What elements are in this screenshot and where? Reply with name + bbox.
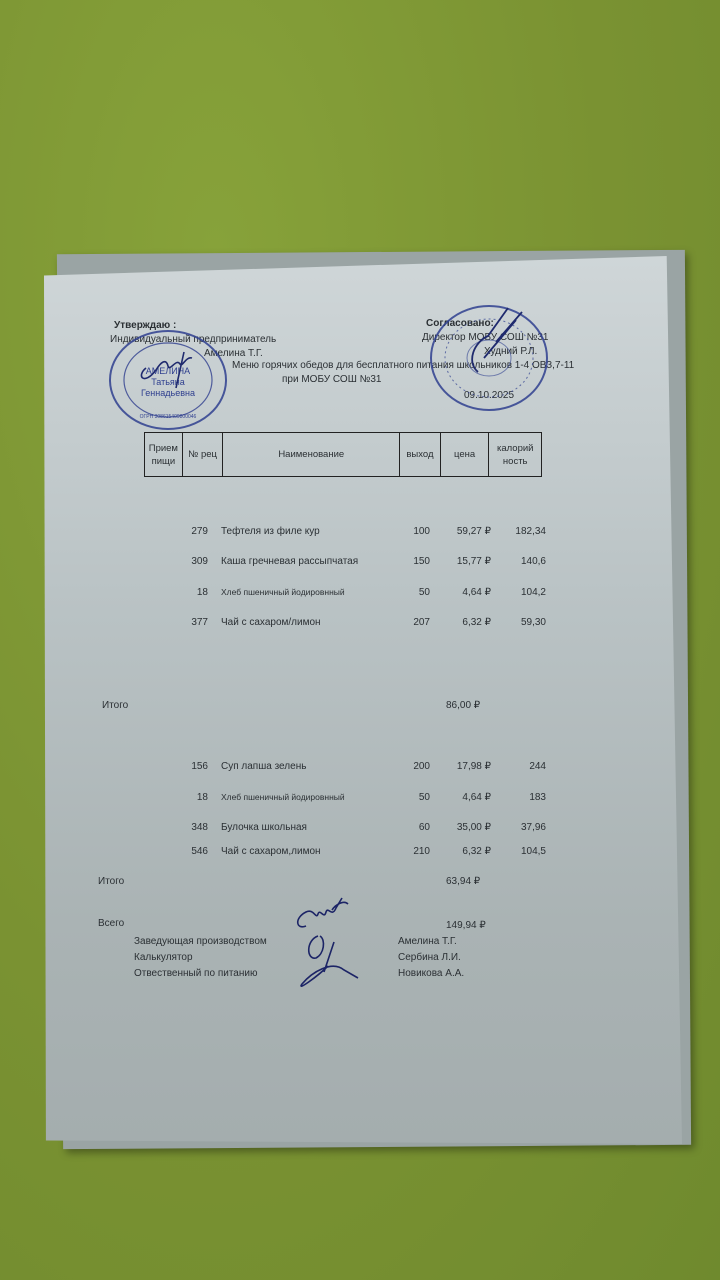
dish-output: 50 xyxy=(400,587,430,598)
signature-name: Сербина Л.И. xyxy=(398,952,461,963)
recipe-number: 279 xyxy=(184,526,208,537)
signature-name: Амелина Т.Г. xyxy=(398,936,457,947)
signature-role: Заведующая производством xyxy=(134,936,267,947)
signature-role: Отвественный по питанию xyxy=(134,968,257,979)
section-1-total-value: 86,00 ₽ xyxy=(446,700,480,711)
dish-calories: 140,6 xyxy=(496,556,546,567)
column-header-calories: калорийность xyxy=(489,433,541,476)
dish-calories: 104,2 xyxy=(496,587,546,598)
dish-output: 207 xyxy=(400,617,430,628)
menu-document: Утверждаю : Индивидуальный предпринимате… xyxy=(44,256,682,1144)
dish-price: 4,64 ₽ xyxy=(441,792,491,803)
menu-row: 546Чай с сахаром,лимон2106,32 ₽104,5 xyxy=(44,846,682,862)
dish-output: 200 xyxy=(400,761,430,772)
dish-price: 6,32 ₽ xyxy=(441,617,491,628)
dish-price: 6,32 ₽ xyxy=(441,846,491,857)
column-header-meal: Приемпищи xyxy=(145,433,183,476)
dish-calories: 59,30 xyxy=(496,617,546,628)
dish-price: 15,77 ₽ xyxy=(441,556,491,567)
dish-name: Булочка школьная xyxy=(221,822,307,833)
dish-name: Хлеб пшеничный йодировнный xyxy=(221,792,345,802)
grand-total-label: Всего xyxy=(98,918,124,929)
recipe-number: 348 xyxy=(184,822,208,833)
column-header-recipe: № рец xyxy=(183,433,224,476)
section-2-total-value: 63,94 ₽ xyxy=(446,876,480,887)
dish-price: 4,64 ₽ xyxy=(441,587,491,598)
stamp-name-line2: Татьяна xyxy=(151,377,185,387)
production-signature xyxy=(288,896,378,996)
recipe-number: 377 xyxy=(184,617,208,628)
dish-output: 150 xyxy=(400,556,430,567)
approval-stamp: АМЕЛИНА Татьяна Геннадьевна ОГРН 3086154… xyxy=(106,328,230,432)
menu-row: 377Чай с сахаром/лимон2076,32 ₽59,30 xyxy=(44,617,682,633)
dish-output: 60 xyxy=(400,822,430,833)
dish-name: Тефтеля из филе кур xyxy=(221,526,320,537)
menu-row: 18Хлеб пшеничный йодировнный504,64 ₽183 xyxy=(44,792,682,808)
dish-calories: 182,34 xyxy=(496,526,546,537)
recipe-number: 309 xyxy=(184,556,208,567)
menu-subtitle: при МОБУ СОШ №31 xyxy=(282,374,382,385)
agreement-stamp xyxy=(426,302,552,414)
column-header-price: цена xyxy=(441,433,490,476)
dish-price: 17,98 ₽ xyxy=(441,761,491,772)
dish-calories: 104,5 xyxy=(496,846,546,857)
signature-role: Калькулятор xyxy=(134,952,193,963)
dish-name: Чай с сахаром,лимон xyxy=(221,846,321,857)
dish-output: 210 xyxy=(400,846,430,857)
dish-output: 50 xyxy=(400,792,430,803)
menu-row: 18Хлеб пшеничный йодировнный504,64 ₽104,… xyxy=(44,587,682,603)
signature-name: Новикова А.А. xyxy=(398,968,464,979)
menu-row: 309Каша гречневая рассыпчатая15015,77 ₽1… xyxy=(44,556,682,572)
dish-name: Суп лапша зелень xyxy=(221,761,306,772)
dish-output: 100 xyxy=(400,526,430,537)
dish-calories: 37,96 xyxy=(496,822,546,833)
menu-row: 279Тефтеля из филе кур10059,27 ₽182,34 xyxy=(44,526,682,542)
menu-table-header: Приемпищи № рец Наименование выход цена … xyxy=(144,432,542,477)
stamp-ogrn: ОГРН 308615409800046 xyxy=(140,414,197,420)
dish-name: Чай с сахаром/лимон xyxy=(221,617,321,628)
recipe-number: 18 xyxy=(184,792,208,803)
dish-calories: 183 xyxy=(496,792,546,803)
menu-row: 156Суп лапша зелень20017,98 ₽244 xyxy=(44,761,682,777)
dish-price: 35,00 ₽ xyxy=(441,822,491,833)
section-1-total-label: Итого xyxy=(102,700,128,711)
grand-total-value: 149,94 ₽ xyxy=(446,920,486,931)
recipe-number: 156 xyxy=(184,761,208,772)
recipe-number: 18 xyxy=(184,587,208,598)
dish-price: 59,27 ₽ xyxy=(441,526,491,537)
section-2-total-label: Итого xyxy=(98,876,124,887)
column-header-name: Наименование xyxy=(223,433,400,476)
director-signature xyxy=(472,308,522,372)
stamp-name-line3: Геннадьевна xyxy=(141,388,195,398)
dish-name: Каша гречневая рассыпчатая xyxy=(221,556,358,567)
dish-name: Хлеб пшеничный йодировнный xyxy=(221,587,345,597)
menu-row: 348Булочка школьная6035,00 ₽37,96 xyxy=(44,822,682,838)
dish-calories: 244 xyxy=(496,761,546,772)
column-header-output: выход xyxy=(400,433,441,476)
recipe-number: 546 xyxy=(184,846,208,857)
